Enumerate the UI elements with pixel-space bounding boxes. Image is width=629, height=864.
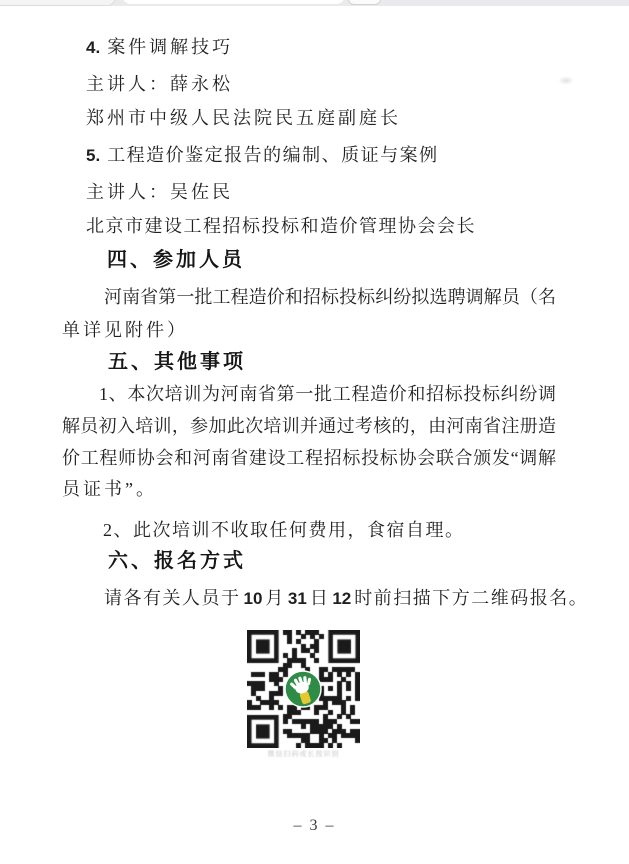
- paragraph-line: 价工程师协会和河南省建设工程招标投标协会联合颁发“调解: [62, 446, 556, 470]
- signup-instruction-line: 请各有关人员于10月31日12时前扫描下方二维码报名。: [104, 586, 588, 611]
- speaker-line: 主讲人：吴佐民: [86, 180, 233, 204]
- scan-smudge: [558, 76, 574, 85]
- item-number: 5.: [86, 146, 100, 165]
- paragraph-line: 河南省第一批工程造价和招标投标纠纷拟选聘调解员（名: [104, 285, 556, 309]
- qr-code-block: [247, 630, 360, 748]
- paragraph-line: 员证书”。: [62, 477, 157, 501]
- agenda-item-4: 4.案件调解技巧: [86, 35, 233, 60]
- section-heading-signup: 六、报名方式: [108, 549, 246, 573]
- agenda-item-5: 5.工程造价鉴定报告的编制、质证与案例: [86, 143, 439, 168]
- app-chrome-strip: [0, 0, 629, 6]
- date-number: 10: [244, 589, 263, 608]
- paragraph-line: 2、此次培训不收取任何费用，食宿自理。: [103, 518, 465, 542]
- qr-caption: 微信扫码或长按识别: [232, 749, 375, 759]
- speaker-title-line: 郑州市中级人民法院民五庭副庭长: [86, 106, 401, 130]
- toolbar-button-bottom[interactable]: [348, 0, 381, 5]
- paragraph-line: 1、本次培训为河南省第一批工程造价和招标投标纠纷调: [99, 382, 556, 406]
- toolbar-left-pill: [0, 0, 116, 6]
- speaker-line: 主讲人：薛永松: [86, 72, 233, 96]
- speaker-title-line: 北京市建设工程招标投标和造价管理协会会长: [86, 214, 476, 238]
- address-bar-bottom[interactable]: [122, 0, 345, 4]
- paragraph-line: 解员初入培训，参加此次培训并通过考核的，由河南省注册造: [62, 414, 556, 438]
- page-number: – 3 –: [0, 817, 629, 835]
- section-heading-participants: 四、参加人员: [107, 248, 245, 272]
- document-page: 4.案件调解技巧 主讲人：薛永松 郑州市中级人民法院民五庭副庭长 5.工程造价鉴…: [0, 0, 629, 864]
- qr-center-hand-logo-icon: [284, 670, 322, 708]
- item-number: 4.: [86, 38, 100, 57]
- date-number: 31: [288, 589, 307, 608]
- time-number: 12: [332, 589, 351, 608]
- paragraph-line: 单详见附件）: [62, 318, 188, 342]
- section-heading-other-items: 五、其他事项: [108, 350, 246, 374]
